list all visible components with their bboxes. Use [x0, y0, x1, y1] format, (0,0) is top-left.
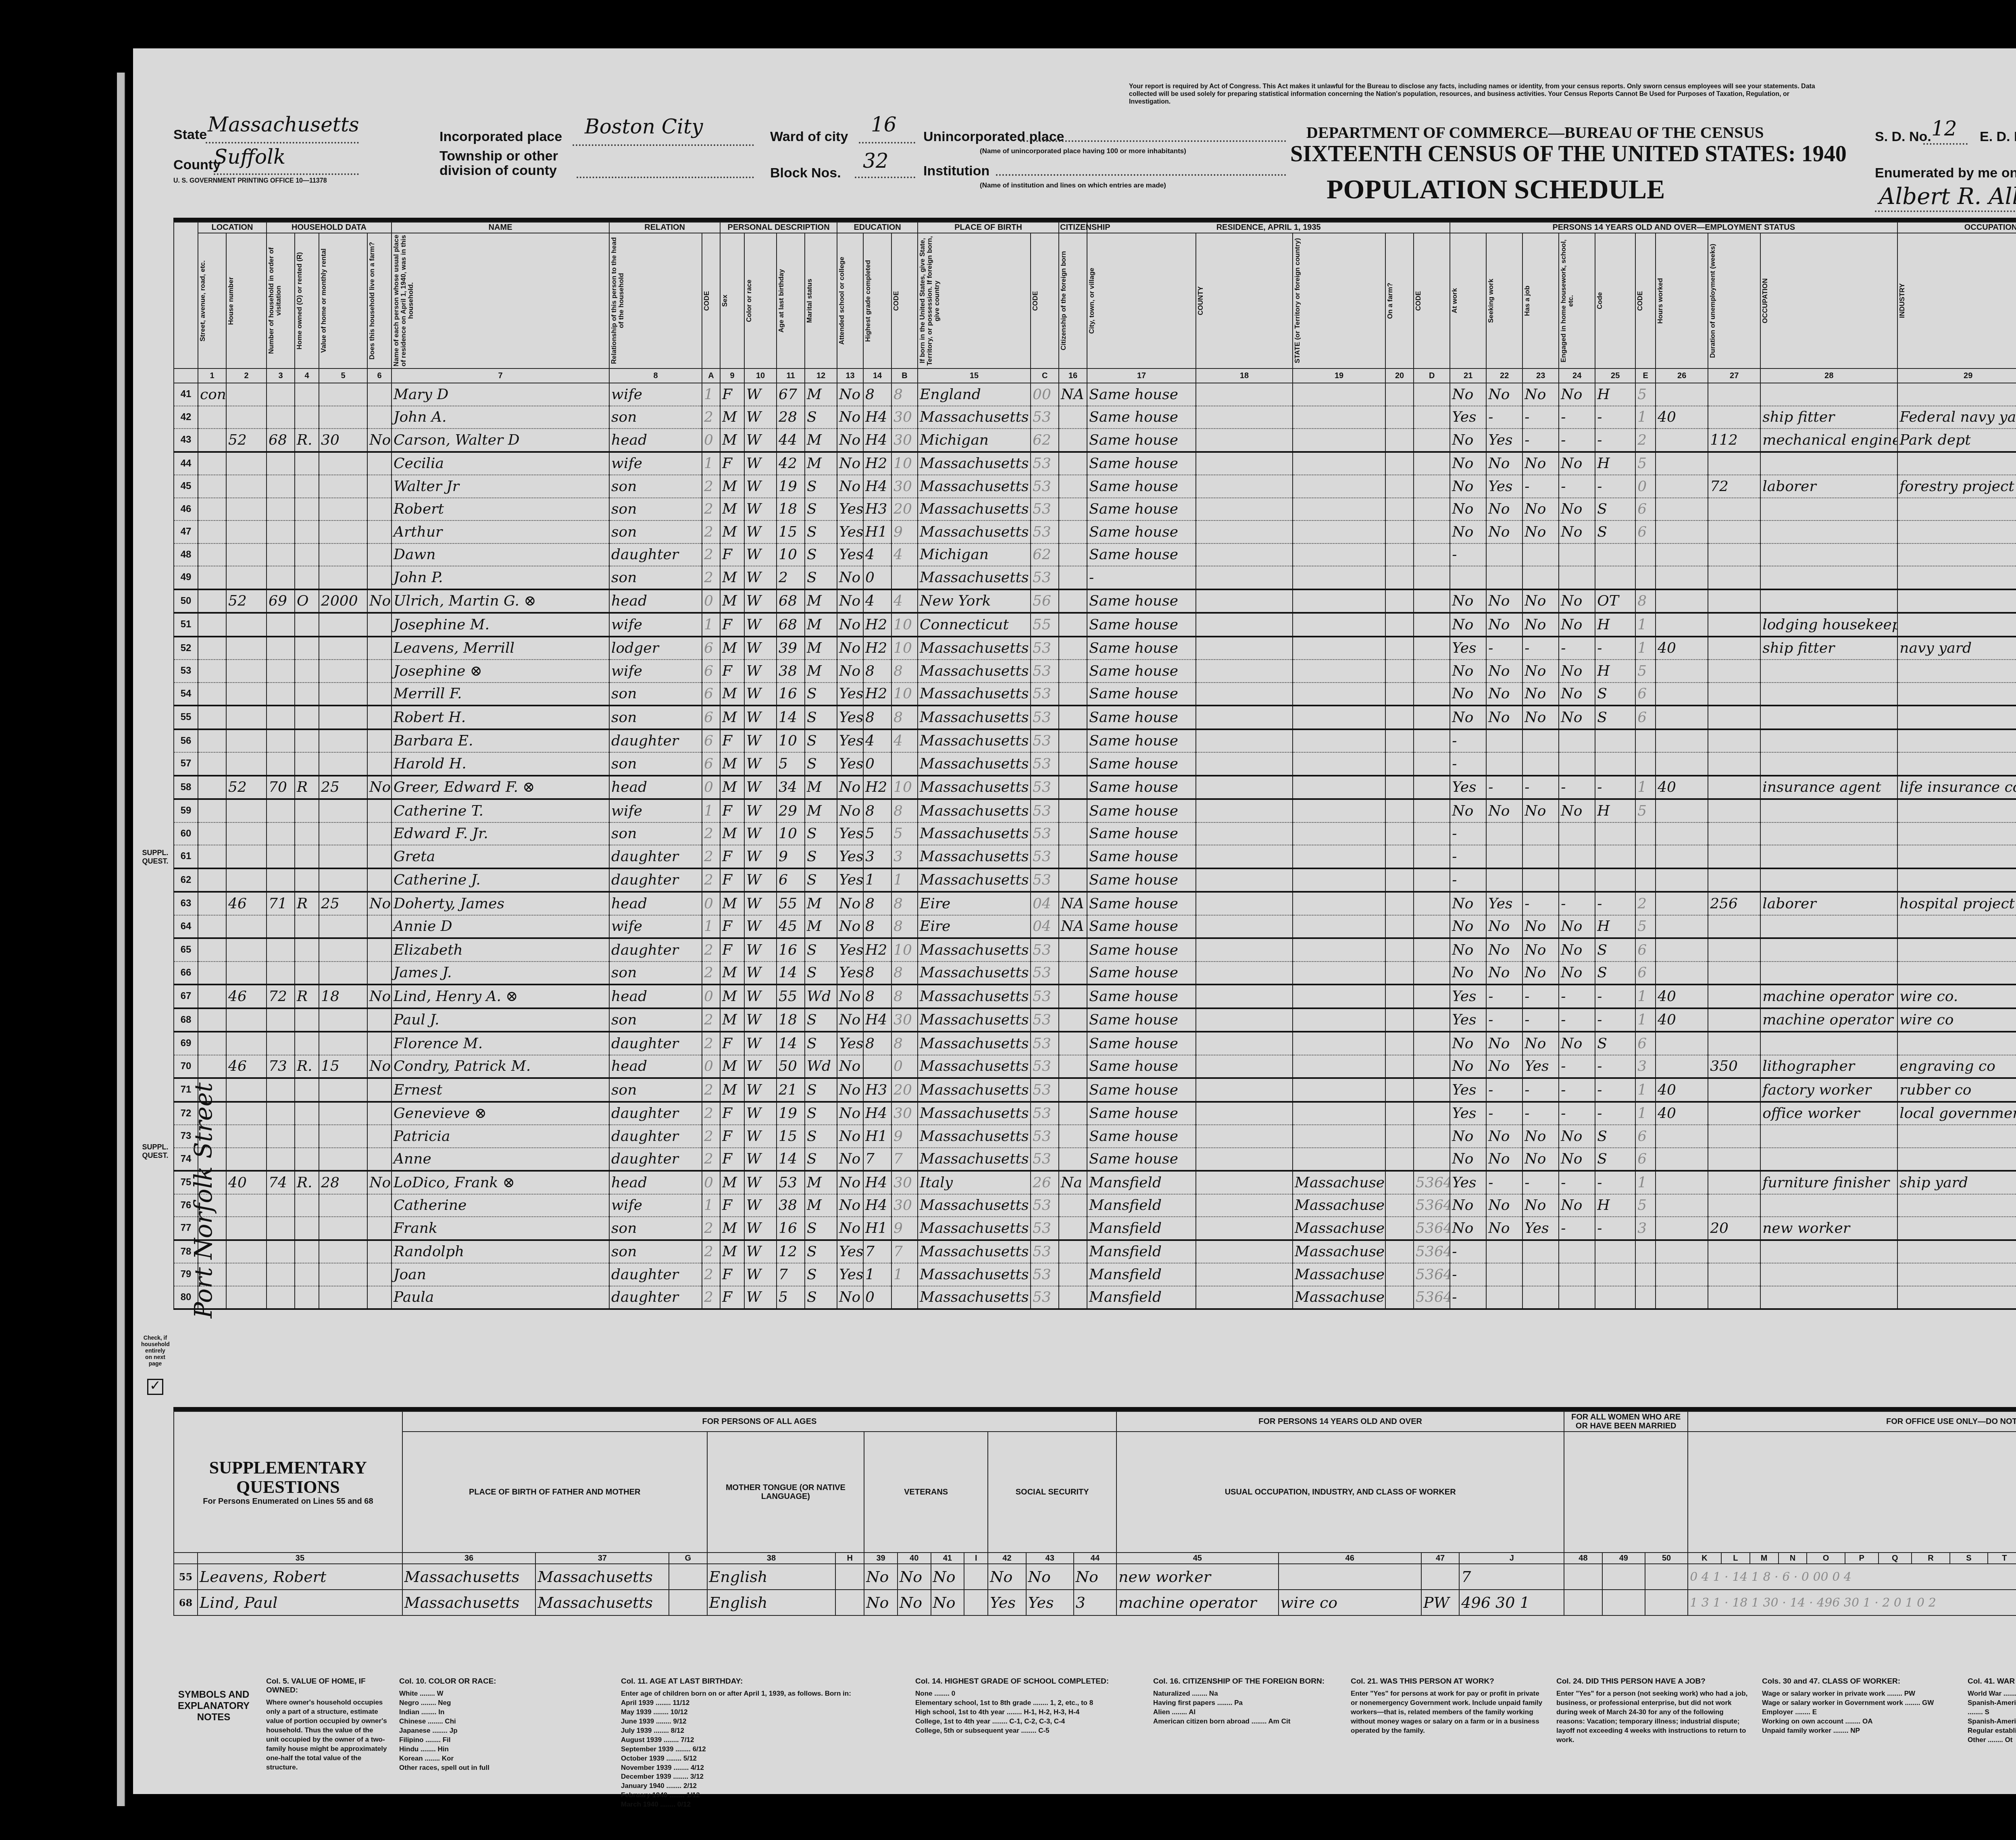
cell-c26: [1656, 660, 1708, 683]
cell-street: [198, 475, 226, 498]
cell-c27: [1708, 706, 1760, 729]
cell-e: [1635, 752, 1656, 776]
cell-hh: [267, 752, 295, 776]
cell-c: 53: [1031, 822, 1059, 845]
cell-industry: [1897, 706, 2016, 729]
note-col11-text: Enter age of children born on or after A…: [621, 1689, 903, 1698]
cell-age: 14: [777, 706, 805, 729]
cell-farm: [367, 845, 392, 868]
cell-relation: head: [609, 985, 702, 1008]
cell-b: 9: [891, 1125, 918, 1148]
cell-c21: No: [1450, 520, 1486, 543]
column-desc-text: CODE: [703, 234, 710, 367]
cell-c27: [1708, 589, 1760, 613]
cell-hh: [267, 637, 295, 660]
cell-value: [319, 845, 367, 868]
cell-c26: 40: [1656, 1008, 1708, 1032]
cell-res-city: Same house: [1087, 660, 1196, 683]
cell-street: [198, 498, 226, 521]
unincorporated-line: [1020, 140, 1286, 142]
cell-house: 46: [226, 1055, 267, 1078]
cell-res-farm: [1385, 452, 1414, 475]
cell-c22: [1486, 1263, 1522, 1286]
cell-c27: [1708, 520, 1760, 543]
note-item: July 1939 ........ 8/12: [621, 1726, 903, 1736]
cell-a: 2: [702, 1078, 720, 1102]
cell-race: W: [744, 498, 777, 521]
cell-school: No: [837, 892, 863, 915]
column-desc-text: Has a job: [1524, 234, 1531, 367]
cell-a: 2: [702, 520, 720, 543]
cell-occupation: [1760, 683, 1897, 706]
cell-street: [198, 799, 226, 822]
cell-res-city: Mansfield: [1087, 1286, 1196, 1309]
cell-school: No: [837, 1148, 863, 1171]
cell-c25: H: [1595, 1194, 1635, 1217]
cell-grade: 4: [863, 729, 891, 753]
cell-res-county: [1196, 406, 1293, 429]
cell-birthplace: Massachusetts: [918, 729, 1031, 753]
cell-industry: wire co: [1897, 1008, 2016, 1032]
cell-res-county: [1196, 543, 1293, 566]
check-household-checkbox[interactable]: ✓: [147, 1379, 163, 1395]
cell-cit: [1059, 1194, 1087, 1217]
column-number: 15: [918, 368, 1031, 383]
cell-house: 52: [226, 429, 267, 452]
note-item: Spanish-American War, Philippine Insurre…: [1968, 1698, 2016, 1717]
column-number: A: [702, 368, 720, 383]
cell-sex: F: [720, 1032, 744, 1055]
cell-race: W: [744, 729, 777, 753]
cell-hh: [267, 1240, 295, 1263]
cell-c23: [1522, 566, 1559, 589]
cell-farm: [367, 915, 392, 939]
cell-age: 68: [777, 613, 805, 637]
supp-cell-c48: [1564, 1590, 1602, 1615]
cell-c25: [1595, 822, 1635, 845]
note-col21-text: Enter "Yes" for persons at work for pay …: [1351, 1689, 1544, 1736]
cell-school: No: [837, 429, 863, 452]
cell-own: [295, 498, 319, 521]
cell-c21: Yes: [1450, 1008, 1486, 1032]
cell-e: 5: [1635, 915, 1656, 939]
department-title: DEPARTMENT OF COMMERCE—BUREAU OF THE CEN…: [1306, 123, 1764, 142]
cell-own: [295, 799, 319, 822]
cell-sex: M: [720, 520, 744, 543]
cell-e: 5: [1635, 799, 1656, 822]
cell-sex: M: [720, 776, 744, 799]
cell-res-farm: [1385, 1194, 1414, 1217]
cell-hh: 72: [267, 985, 295, 1008]
cell-c21: -: [1450, 752, 1486, 776]
cell-c26: [1656, 1148, 1708, 1171]
cell-house: [226, 729, 267, 753]
cell-sex: M: [720, 498, 744, 521]
cell-a: 0: [702, 776, 720, 799]
cell-farm: [367, 938, 392, 962]
cell-house: 40: [226, 1171, 267, 1194]
page-edge: [117, 73, 125, 1806]
cell-c25: H: [1595, 383, 1635, 406]
cell-c23: No: [1522, 962, 1559, 985]
cell-c22: -: [1486, 1102, 1522, 1125]
cell-farm: [367, 799, 392, 822]
cell-cit: [1059, 1286, 1087, 1309]
column-desc-text: Seeking work: [1487, 234, 1495, 367]
cell-c21: -: [1450, 1263, 1486, 1286]
cell-name: Josephine M.: [392, 613, 609, 637]
census-row: 52Leavens, Merrilllodger6MW39MNoH210Mass…: [174, 637, 2016, 660]
cell-age: 38: [777, 1194, 805, 1217]
cell-c24: [1559, 752, 1595, 776]
cell-house: [226, 1032, 267, 1055]
line-number: 53: [174, 660, 198, 683]
cell-c23: No: [1522, 660, 1559, 683]
sd-line: [1923, 143, 1968, 145]
cell-own: [295, 706, 319, 729]
cell-c23: -: [1522, 892, 1559, 915]
cell-a: 2: [702, 475, 720, 498]
cell-farm: [367, 406, 392, 429]
cell-sex: M: [720, 637, 744, 660]
cell-res-city: Same house: [1087, 706, 1196, 729]
cell-e: 6: [1635, 683, 1656, 706]
cell-c26: [1656, 822, 1708, 845]
cell-c22: Yes: [1486, 475, 1522, 498]
cell-grade: 8: [863, 1032, 891, 1055]
cell-marital: S: [805, 1008, 837, 1032]
cell-res-county: [1196, 985, 1293, 1008]
cell-age: 14: [777, 1148, 805, 1171]
cell-d: [1414, 475, 1450, 498]
cell-name: Merrill F.: [392, 683, 609, 706]
cell-c24: No: [1559, 1194, 1595, 1217]
cell-c25: H: [1595, 799, 1635, 822]
cell-c26: 40: [1656, 1102, 1708, 1125]
note-item: None ........ 0: [915, 1689, 1141, 1698]
cell-hh: [267, 452, 295, 475]
cell-res-county: [1196, 498, 1293, 521]
cell-marital: M: [805, 915, 837, 939]
cell-farm: [367, 1286, 392, 1309]
column-desc-9: Sex: [720, 233, 744, 368]
cell-c25: H: [1595, 613, 1635, 637]
cell-b: 4: [891, 589, 918, 613]
cell-relation: daughter: [609, 1148, 702, 1171]
cell-value: 18: [319, 985, 367, 1008]
cell-value: [319, 1194, 367, 1217]
cell-c25: [1595, 729, 1635, 753]
enumerated-label: Enumerated by me on: [1875, 165, 2016, 181]
cell-e: [1635, 1240, 1656, 1263]
cell-school: Yes: [837, 962, 863, 985]
cell-a: 2: [702, 543, 720, 566]
cell-res-farm: [1385, 892, 1414, 915]
cell-b: 8: [891, 706, 918, 729]
cell-res-state: Massachusetts: [1293, 1194, 1385, 1217]
cell-c23: No: [1522, 613, 1559, 637]
column-descriptions: Street, avenue, road, etc.House numberNu…: [174, 233, 2016, 368]
cell-sex: M: [720, 683, 744, 706]
cell-b: 0: [891, 1055, 918, 1078]
cell-c24: No: [1559, 1125, 1595, 1148]
cell-house: [226, 1008, 267, 1032]
cell-res-city: Same house: [1087, 498, 1196, 521]
column-number: D: [1414, 368, 1450, 383]
note-item: High school, 1st to 4th year ........ H-…: [915, 1708, 1141, 1717]
cell-relation: daughter: [609, 868, 702, 892]
census-row: 78Randolphson2MW12SYes77Massachusetts53M…: [174, 1240, 2016, 1263]
cell-hh: [267, 1217, 295, 1240]
note-col30-list: Wage or salary worker in private work ..…: [1762, 1689, 1956, 1736]
column-desc-6: Does this household live on a farm?: [367, 233, 392, 368]
cell-industry: [1897, 589, 2016, 613]
column-desc-text: CODE: [1032, 234, 1039, 367]
column-number: 17: [1087, 368, 1196, 383]
cell-street: [198, 822, 226, 845]
cell-house: 52: [226, 589, 267, 613]
note-col5-text: Where owner's household occupies only a …: [266, 1698, 387, 1772]
cell-school: Yes: [837, 1032, 863, 1055]
cell-c24: No: [1559, 383, 1595, 406]
column-desc-text: Home owned (O) or rented (R): [296, 234, 303, 367]
cell-marital: M: [805, 776, 837, 799]
cell-c23: No: [1522, 799, 1559, 822]
note-col16-list: Naturalized ........ NaHaving first pape…: [1153, 1689, 1339, 1726]
cell-c26: [1656, 729, 1708, 753]
cell-c: 53: [1031, 1217, 1059, 1240]
cell-relation: son: [609, 1078, 702, 1102]
cell-c: 53: [1031, 985, 1059, 1008]
cell-marital: M: [805, 1194, 837, 1217]
cell-c21: No: [1450, 938, 1486, 962]
cell-a: 0: [702, 1171, 720, 1194]
cell-c25: [1595, 752, 1635, 776]
cell-res-farm: [1385, 1263, 1414, 1286]
cell-industry: hospital project: [1897, 892, 2016, 915]
ward-value: 16: [871, 113, 897, 136]
cell-house: [226, 637, 267, 660]
cell-res-farm: [1385, 799, 1414, 822]
supp-cell-g: [669, 1564, 707, 1590]
cell-birthplace: Eire: [918, 915, 1031, 939]
cell-c27: [1708, 1286, 1760, 1309]
cell-c25: [1595, 543, 1635, 566]
cell-house: [226, 1217, 267, 1240]
cell-res-county: [1196, 962, 1293, 985]
cell-d: [1414, 706, 1450, 729]
supp-column-number: J: [1459, 1553, 1564, 1564]
note-item: American citizen born abroad ........ Am…: [1153, 1717, 1339, 1726]
cell-sex: F: [720, 1148, 744, 1171]
cell-birthplace: Massachusetts: [918, 1148, 1031, 1171]
cell-d: [1414, 1008, 1450, 1032]
cell-a: 6: [702, 706, 720, 729]
census-row: 57Harold H.son6MW5SYes0Massachusetts53Sa…: [174, 752, 2016, 776]
cell-relation: head: [609, 429, 702, 452]
column-desc-A: CODE: [702, 233, 720, 368]
cell-farm: [367, 1008, 392, 1032]
supp-office-cols: [1688, 1432, 2016, 1553]
cell-c26: [1656, 706, 1708, 729]
cell-school: No: [837, 452, 863, 475]
cell-res-county: [1196, 1008, 1293, 1032]
cell-res-county: [1196, 1078, 1293, 1102]
cell-res-farm: [1385, 1032, 1414, 1055]
cell-hh: [267, 683, 295, 706]
supp-cell-g: [669, 1590, 707, 1615]
cell-c21: No: [1450, 613, 1486, 637]
cell-c25: S: [1595, 1125, 1635, 1148]
supp-cell-c40: No: [898, 1564, 931, 1590]
cell-c: 00: [1031, 383, 1059, 406]
cell-hh: [267, 475, 295, 498]
cell-age: 6: [777, 868, 805, 892]
cell-grade: 8: [863, 660, 891, 683]
cell-hh: [267, 845, 295, 868]
column-desc-text: Sex: [721, 234, 729, 367]
cell-hh: [267, 406, 295, 429]
cell-occupation: [1760, 1148, 1897, 1171]
column-desc-13: Attended school or college: [837, 233, 863, 368]
cell-res-state: [1293, 915, 1385, 939]
cell-marital: S: [805, 822, 837, 845]
cell-farm: [367, 822, 392, 845]
cell-name: Robert H.: [392, 706, 609, 729]
supp-line-number: 55: [174, 1564, 198, 1590]
supp-column-number: 38: [707, 1553, 836, 1564]
cell-age: 67: [777, 383, 805, 406]
cell-b: [891, 566, 918, 589]
cell-b: 30: [891, 1102, 918, 1125]
cell-farm: [367, 729, 392, 753]
cell-name: John P.: [392, 566, 609, 589]
column-number: 10: [744, 368, 777, 383]
institution-line: [996, 174, 1286, 176]
cell-relation: daughter: [609, 1102, 702, 1125]
cell-d: [1414, 429, 1450, 452]
cell-res-state: [1293, 452, 1385, 475]
cell-e: 6: [1635, 1125, 1656, 1148]
cell-school: No: [837, 660, 863, 683]
cell-name: Ernest: [392, 1078, 609, 1102]
cell-d: [1414, 566, 1450, 589]
note-item: Indian ........ In: [399, 1708, 609, 1717]
column-desc-text: INDUSTRY: [1899, 234, 1906, 367]
cell-c22: [1486, 868, 1522, 892]
cell-res-state: Massachusetts: [1293, 1286, 1385, 1309]
cell-res-city: Same house: [1087, 1078, 1196, 1102]
cell-name: Annie D: [392, 915, 609, 939]
cell-c23: No: [1522, 520, 1559, 543]
header-residence: RESIDENCE, APRIL 1, 1935: [1087, 222, 1450, 233]
supp-title: SUPPLEMENTARY QUESTIONSFor Persons Enume…: [174, 1411, 402, 1553]
ward-line: [859, 142, 915, 144]
note-col10-title: Col. 10. COLOR OR RACE:: [399, 1677, 609, 1686]
cell-sex: F: [720, 845, 744, 868]
cell-c: 55: [1031, 613, 1059, 637]
header-personal: PERSONAL DESCRIPTION: [720, 222, 837, 233]
line-number: 59: [174, 799, 198, 822]
cell-c23: [1522, 1240, 1559, 1263]
cell-sex: F: [720, 1102, 744, 1125]
cell-own: [295, 566, 319, 589]
column-desc-text: Does this household live on a farm?: [369, 234, 376, 367]
cell-sex: M: [720, 1217, 744, 1240]
column-desc-22: Seeking work: [1486, 233, 1522, 368]
cell-c25: S: [1595, 498, 1635, 521]
cell-hh: [267, 543, 295, 566]
cell-c: 53: [1031, 1102, 1059, 1125]
cell-b: 8: [891, 660, 918, 683]
cell-value: [319, 566, 367, 589]
cell-res-city: Same house: [1087, 868, 1196, 892]
cell-res-state: [1293, 1078, 1385, 1102]
cell-c21: No: [1450, 589, 1486, 613]
cell-c22: No: [1486, 383, 1522, 406]
cell-res-state: Massachusetts: [1293, 1263, 1385, 1286]
census-row: 69Florence M.daughter2FW14SYes88Massachu…: [174, 1032, 2016, 1055]
supp-cell-i: [964, 1564, 988, 1590]
line-number: 60: [174, 822, 198, 845]
cell-cit: [1059, 1263, 1087, 1286]
cell-d: [1414, 1032, 1450, 1055]
cell-b: 20: [891, 498, 918, 521]
cell-farm: No: [367, 429, 392, 452]
cell-birthplace: Massachusetts: [918, 406, 1031, 429]
cell-c: 53: [1031, 1240, 1059, 1263]
cell-c26: 40: [1656, 985, 1708, 1008]
cell-farm: No: [367, 985, 392, 1008]
cell-res-state: [1293, 892, 1385, 915]
cell-race: W: [744, 1102, 777, 1125]
cell-street: [198, 729, 226, 753]
cell-res-farm: [1385, 729, 1414, 753]
column-desc-text: Highest grade completed: [864, 234, 872, 367]
cell-c26: [1656, 962, 1708, 985]
cell-industry: [1897, 799, 2016, 822]
cell-sex: F: [720, 1263, 744, 1286]
cell-e: [1635, 543, 1656, 566]
cell-sex: M: [720, 1078, 744, 1102]
cell-b: 30: [891, 429, 918, 452]
cell-c24: No: [1559, 613, 1595, 637]
cell-marital: S: [805, 1240, 837, 1263]
cell-res-farm: [1385, 822, 1414, 845]
cell-relation: daughter: [609, 543, 702, 566]
note-col21-title: Col. 21. WAS THIS PERSON AT WORK?: [1351, 1677, 1544, 1686]
cell-marital: S: [805, 543, 837, 566]
cell-occupation: [1760, 1286, 1897, 1309]
column-number: 7: [392, 368, 609, 383]
cell-d: [1414, 543, 1450, 566]
cell-street: [198, 406, 226, 429]
cell-c27: [1708, 985, 1760, 1008]
supp-cell-c39: No: [864, 1590, 898, 1615]
cell-c21: No: [1450, 1032, 1486, 1055]
header-occupation: OCCUPATION, INDUSTRY, AND CLASS OF WORKE…: [1897, 222, 2016, 233]
cell-c24: [1559, 822, 1595, 845]
cell-res-state: Massachusetts: [1293, 1217, 1385, 1240]
supp-column-number: [174, 1553, 198, 1564]
cell-occupation: lithographer: [1760, 1055, 1897, 1078]
cell-school: No: [837, 985, 863, 1008]
cell-hh: [267, 498, 295, 521]
census-row: 71Ernestson2MW21SNoH320Massachusetts53Sa…: [174, 1078, 2016, 1102]
cell-c23: No: [1522, 589, 1559, 613]
cell-relation: son: [609, 1240, 702, 1263]
cell-res-city: Same house: [1087, 776, 1196, 799]
